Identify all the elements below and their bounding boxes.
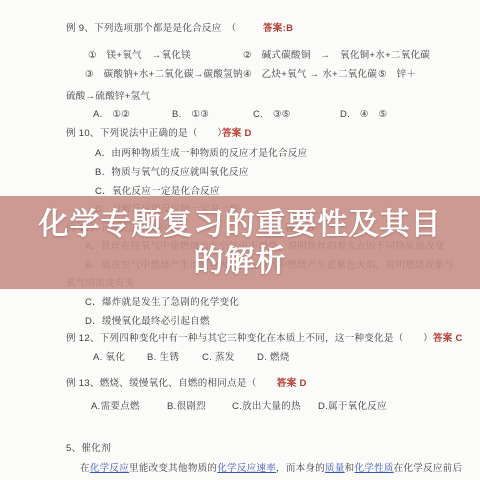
document-page: 例 9、下列选项那个都是是化合反应 （ ） 答案:B ① 镁+氧气 →氧化镁 ②… — [0, 0, 480, 480]
q10-answer: 答案 D — [222, 128, 252, 140]
q13-option-b: B.很剧烈 — [167, 401, 206, 413]
banner-title-line2: 的解析 — [194, 243, 287, 280]
q9-option-d: D. ④ ⑤ — [340, 109, 387, 121]
link-chemical-properties[interactable]: 化学性质 — [354, 463, 393, 474]
q12-option-b: B. 生锈 — [147, 352, 179, 364]
q10-stem: 例 10、下列说法中正确的是（ ） — [66, 128, 227, 140]
q9-item-4: ④ 乙炔+氧气 → 水+二氧化碳 — [243, 69, 377, 81]
q9-item-2: ② 碱式碳酸铜 → 氧化铜+水+二氧化碳 — [243, 50, 430, 62]
q10-option-a: A．由两种物质生成一种物质的反应才是化合反应 — [95, 148, 307, 160]
q9-item-5: ⑤ 锌＋ — [378, 69, 416, 81]
q12-stem-line: 例 12、下列四种变化中有一种与其它三种变化在本质上不同，这一种变化是（ ）答案… — [66, 333, 463, 345]
q9-option-c: C. ③⑤ — [253, 109, 291, 121]
q12-option-a: A. 氧化 — [93, 352, 125, 364]
q13-stem: 例 13、燃烧、缓慢氧化、自燃的相同点是（ ） — [66, 378, 286, 390]
link-mass[interactable]: 质量 — [325, 463, 345, 474]
section5-heading: 5、催化剂 — [66, 443, 111, 455]
section5-text-4: 和 — [345, 463, 355, 474]
q9-item-3: ③ 碳酸钠+水+二氧化碳→碳酸氢钠 — [85, 69, 243, 81]
q13-answer: 答案 D — [277, 378, 307, 390]
q9-item-5-cont: 硫酸→硫酸锌+氢气 — [66, 91, 150, 103]
title-banner: 化学专题复习的重要性及其目 的解析 — [0, 196, 480, 289]
link-reaction-rate[interactable]: 化学反应速率 — [217, 463, 276, 474]
q13-option-c: C.放出大量的热 — [232, 401, 301, 413]
section5-paragraph: 在化学反应里能改变其他物质的化学反应速率，而本身的质量和化学性质在化学反应前后 — [80, 463, 462, 475]
link-chemical-reaction[interactable]: 化学反应 — [90, 463, 129, 474]
section5-text-3: ，而本身的 — [276, 463, 325, 474]
q9-stem: 例 9、下列选项那个都是是化合反应 （ ） — [66, 23, 276, 35]
q9-option-b: B. ①③ — [172, 109, 209, 121]
section5-text-5: 在化学反应前后 — [394, 463, 463, 474]
q13-option-a: A.需要点燃 — [91, 401, 140, 413]
section5-text-2: 里能改变其他物质的 — [129, 463, 217, 474]
q11-option-c: C．爆炸就是发生了急剧的化学变化 — [85, 297, 239, 309]
q12-answer: 答案 C — [433, 333, 463, 344]
q13-option-d: D.属于氧化反应 — [318, 401, 387, 413]
q12-option-d: D. 燃烧 — [257, 352, 290, 364]
q12-option-c: C. 蒸发 — [202, 352, 235, 364]
q10-option-b: B．物质与氧气的反应就叫氧化反应 — [95, 167, 249, 179]
q9-answer: 答案:B — [263, 23, 293, 35]
q11-option-d: D．缓慢氧化最终必引起自燃 — [85, 316, 210, 328]
q9-option-a: A. ①② — [93, 109, 130, 121]
section5-text-1: 在 — [80, 463, 90, 474]
banner-title-line1: 化学专题复习的重要性及其目 — [39, 206, 442, 243]
q9-item-1: ① 镁+氧气 →氧化镁 — [88, 50, 191, 62]
q12-stem: 例 12、下列四种变化中有一种与其它三种变化在本质上不同，这一种变化是（ ） — [66, 333, 433, 344]
